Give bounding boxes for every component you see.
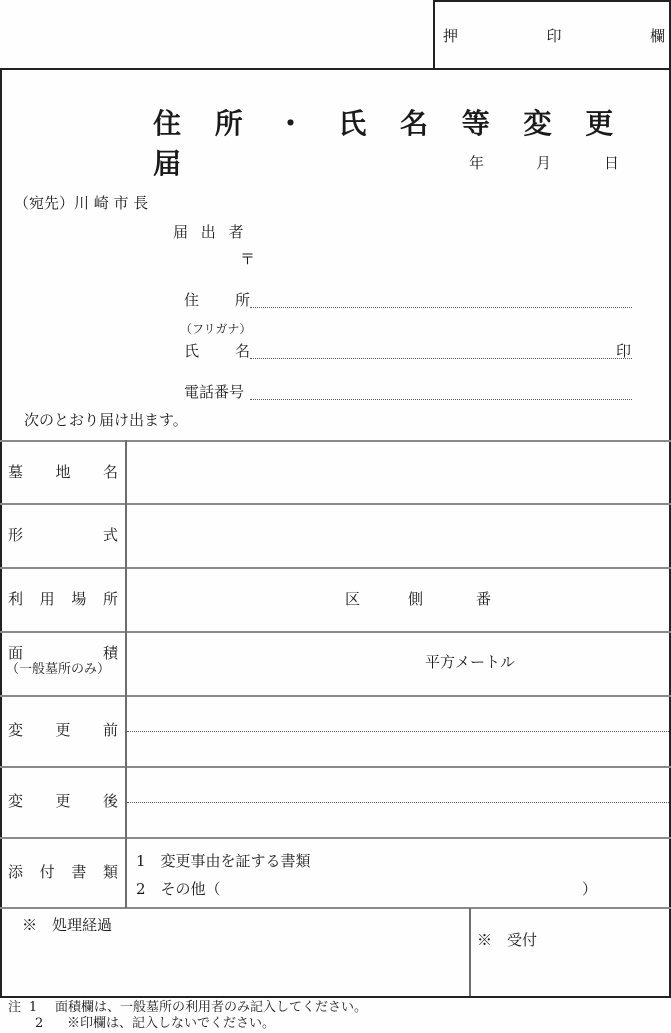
name-label: 氏 名: [184, 342, 250, 360]
statement: 次のとおり届け出ます。: [24, 411, 188, 429]
table-divider: [0, 766, 671, 768]
phone-field[interactable]: [250, 399, 632, 400]
location-side-field[interactable]: [364, 578, 404, 620]
label-char: 所: [235, 291, 250, 309]
label-char: 付: [40, 863, 55, 881]
label-char: 住: [184, 291, 199, 309]
area-field[interactable]: [128, 640, 420, 684]
name-field[interactable]: [250, 358, 632, 359]
label-char: 変: [8, 721, 23, 739]
label-column-divider: [125, 440, 127, 908]
after-field-line1[interactable]: [128, 769, 668, 801]
before-divider: [127, 731, 669, 732]
label-char: 名: [235, 342, 250, 360]
attachment-item-1: 1 変更事由を証する書類: [136, 852, 311, 870]
addressee: （宛先）川 崎 市 長: [14, 194, 148, 212]
area-sublabel: （一般墓所のみ）: [6, 662, 110, 677]
processing-label: ※ 処理経過: [22, 916, 112, 934]
stamp-char: 印: [546, 27, 561, 45]
table-divider: [0, 837, 671, 839]
location-side-label: 側: [408, 590, 423, 608]
label-char: 墓: [8, 463, 23, 481]
furigana-label: （フリガナ）: [180, 322, 251, 336]
label-char: 形: [8, 526, 23, 544]
label-char: 添: [8, 863, 23, 881]
after-divider: [127, 802, 669, 803]
table-divider: [0, 440, 671, 442]
label-char: 名: [103, 463, 118, 481]
furigana-field[interactable]: [250, 333, 632, 334]
stamp-char: 押: [443, 27, 458, 45]
table-divider: [0, 907, 671, 909]
label-char: 地: [55, 463, 70, 481]
attachment-other-field[interactable]: [236, 878, 580, 900]
row-label-cemetery-name: 墓 地 名: [8, 463, 118, 481]
date-year-field[interactable]: [490, 150, 530, 172]
label-char: 書: [71, 863, 86, 881]
date-year-label: 年: [469, 154, 484, 172]
postal-code-field[interactable]: [262, 246, 462, 268]
stamp-char: 欄: [650, 27, 665, 45]
label-char: 更: [55, 721, 70, 739]
table-divider: [0, 567, 671, 569]
label-char: 後: [103, 792, 118, 810]
label-char: 所: [103, 590, 118, 608]
label-char: 面: [8, 644, 23, 662]
before-field-line2[interactable]: [128, 733, 668, 765]
postal-mark: 〒: [240, 250, 255, 268]
location-number-field[interactable]: [426, 578, 472, 620]
note-1: 注1面積欄は、一般墓所の利用者のみ記入してください。: [8, 1000, 367, 1016]
row-label-type: 形 式: [8, 526, 118, 544]
label-char: 積: [103, 644, 118, 662]
location-ward-field[interactable]: [128, 578, 340, 620]
stamp-box-label: 押 印 欄: [443, 27, 665, 45]
label-char: 用: [40, 590, 55, 608]
label-char: 利: [8, 590, 23, 608]
stamp-box: 押 印 欄: [433, 0, 671, 70]
notes: 注1面積欄は、一般墓所の利用者のみ記入してください。 2※印欄は、記入しないでく…: [8, 1000, 367, 1032]
address-label: 住 所: [184, 291, 250, 309]
phone-label: 電話番号: [184, 383, 244, 401]
reception-label: ※ 受付: [477, 931, 537, 949]
date-month-label: 月: [536, 154, 551, 172]
attachment-close-paren: ）: [582, 880, 597, 898]
label-char: 前: [103, 721, 118, 739]
location-ward-label: 区: [345, 590, 360, 608]
row-label-area: 面 積: [8, 644, 118, 662]
note-text: 面積欄は、一般墓所の利用者のみ記入してください。: [55, 1000, 367, 1015]
date-month-field[interactable]: [556, 150, 600, 172]
label-char: 変: [8, 792, 23, 810]
applicant-heading: 届 出 者: [173, 223, 248, 241]
before-field-line1[interactable]: [128, 698, 668, 730]
row-label-after: 変 更 後: [8, 792, 118, 810]
table-divider: [0, 631, 671, 633]
note-text: ※印欄は、記入しないでください。: [67, 1016, 275, 1031]
label-char: 更: [55, 792, 70, 810]
seal-mark: 印: [616, 342, 631, 360]
label-char: 類: [103, 863, 118, 881]
address-field[interactable]: [250, 307, 632, 308]
table-divider: [0, 695, 671, 697]
label-char: 氏: [184, 342, 199, 360]
note-number: 1: [21, 1000, 45, 1016]
row-label-before: 変 更 前: [8, 721, 118, 739]
notes-prefix: 注: [8, 1000, 21, 1015]
attachment-item-2: 2 その他（: [136, 880, 221, 898]
label-char: 場: [71, 590, 86, 608]
office-divider: [469, 908, 471, 996]
label-char: 式: [103, 526, 118, 544]
note-2: 2※印欄は、記入しないでください。: [8, 1016, 367, 1032]
type-field[interactable]: [128, 506, 668, 566]
after-field-line2[interactable]: [128, 804, 668, 836]
date-day-label: 日: [604, 154, 619, 172]
row-label-location: 利 用 場 所: [8, 590, 118, 608]
area-unit-label: 平方メートル: [425, 653, 515, 671]
note-number: 2: [35, 1016, 47, 1032]
row-label-attachments: 添 付 書 類: [8, 863, 118, 881]
cemetery-name-field[interactable]: [128, 443, 668, 502]
table-divider: [0, 503, 671, 505]
location-number-label: 番: [476, 590, 491, 608]
